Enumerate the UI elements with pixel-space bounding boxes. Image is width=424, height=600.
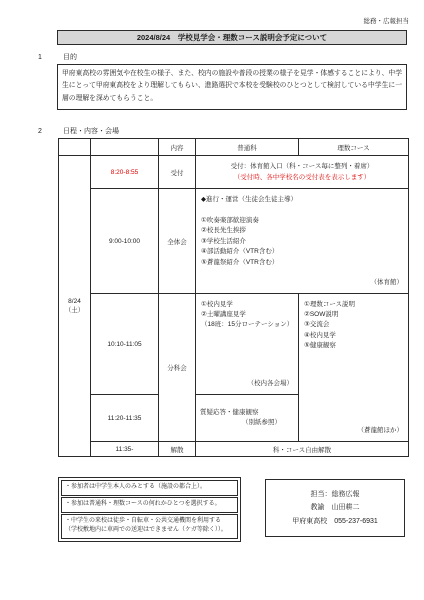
- plenary-item: ④部活動紹介（VTR含む）: [201, 247, 278, 257]
- date-cell: 8/24 （土）: [59, 156, 91, 457]
- section-purpose-heading: 1目的: [38, 52, 77, 62]
- note-line: ・中学生の来校は徒歩・自転車・公共交通機関を利用する: [65, 517, 234, 527]
- reception-time: 8:20-8:55: [91, 156, 159, 189]
- breakout-general-item: ②土曜講座見学: [201, 310, 246, 320]
- note-item: ・中学生の来校は徒歩・自転車・公共交通機関を利用する （学校敷地内に車両での送迎…: [61, 514, 238, 540]
- dismissal-row: 11:35- 解散 科・コース自由解散: [59, 442, 409, 457]
- breakout-general-cell: ①校内見学 ②土曜講座見学 （18班：15分ローテーション） （校内各会場）: [196, 294, 299, 395]
- plenary-row: 9:00-10:00 全体会 ◆進行・運営（生徒会生徒主導） ①吹奏楽部歓迎演奏…: [59, 189, 409, 294]
- document-page: 総務・広報担当 2024/8/24 学校見学会・理数コース説明会予定について 1…: [0, 0, 424, 600]
- section-number: 2: [38, 128, 63, 135]
- schedule-table: 内容 普通科 理数コース 8/24 （土） 8:20-8:55 受付 受付：体育…: [58, 138, 409, 457]
- department-label: 総務・広報担当: [364, 16, 410, 25]
- section-title: 日程・内容・会場: [63, 128, 119, 135]
- section-number: 1: [38, 54, 63, 61]
- breakout-label: 分科会: [159, 294, 196, 442]
- breakout-general-venue: （校内各会場）: [248, 379, 294, 389]
- reception-label: 受付: [159, 156, 196, 189]
- dismissal-time: 11:35-: [91, 442, 159, 457]
- breakout-science-item: ④校内見学: [304, 331, 336, 341]
- dismissal-label: 解散: [159, 442, 196, 457]
- qa-cell: 質疑応答・健康観察 （別紙参照）: [196, 395, 299, 442]
- header-general-course-cell: 普通科: [196, 139, 299, 156]
- breakout2-time: 11:20-11:35: [91, 395, 159, 442]
- breakout-science-item: ①理数コース説明: [304, 300, 355, 310]
- section-schedule-heading: 2日程・内容・会場: [38, 126, 119, 136]
- qa-line1: 質疑応答・健康観察: [200, 408, 294, 419]
- note-line: （学校敷地内に車両での送迎はできません（ケガ等除く））。: [65, 526, 234, 536]
- breakout-science-venue: （蒼龍館ほか）: [358, 426, 404, 436]
- breakout-science-item: ⑤健康観察: [304, 341, 336, 351]
- reception-row: 8/24 （土） 8:20-8:55 受付 受付：体育館入口（科・コース毎に整列…: [59, 156, 409, 189]
- date-day: 8/24: [59, 298, 90, 305]
- breakout-row-1: 10:10-11:05 分科会 ①校内見学 ②土曜講座見学 （18班：15分ロー…: [59, 294, 409, 395]
- dismissal-detail: 科・コース自由解散: [196, 442, 409, 457]
- note-item: ・参加は普通科・理数コースの何れかひとつを選択する。: [61, 497, 238, 513]
- plenary-item: ③学校生活紹介: [201, 237, 246, 247]
- contact-department: 担当：総務広報: [266, 488, 404, 502]
- plenary-lead: ◆進行・運営（生徒会生徒主導）: [201, 195, 297, 205]
- document-title: 2024/8/24 学校見学会・理数コース説明会予定について: [57, 30, 407, 45]
- breakout1-time: 10:10-11:05: [91, 294, 159, 395]
- breakout-general-item: （18班：15分ローテーション）: [201, 320, 293, 330]
- plenary-item: ②校長先生挨拶: [201, 226, 246, 236]
- plenary-label: 全体会: [159, 189, 196, 294]
- plenary-time: 9:00-10:00: [91, 189, 159, 294]
- note-item: ・参加者は中学生本人のみとする（施設の都合上）。: [61, 480, 238, 496]
- breakout-science-item: ③交流会: [304, 320, 329, 330]
- date-weekday: （土）: [59, 305, 90, 314]
- header-science-course-cell: 理数コース: [299, 139, 409, 156]
- plenary-item: ①吹奏楽部歓迎演奏: [201, 216, 259, 226]
- plenary-detail-cell: ◆進行・運営（生徒会生徒主導） ①吹奏楽部歓迎演奏 ②校長先生挨拶 ③学校生活紹…: [196, 189, 409, 294]
- section-title: 目的: [63, 54, 77, 61]
- contact-person: 教諭 山田耕二: [266, 501, 404, 515]
- header-content-cell: 内容: [159, 139, 196, 156]
- breakout-science-item: ②SOW説明: [304, 310, 338, 320]
- notes-box: ・参加者は中学生本人のみとする（施設の都合上）。 ・参加は普通科・理数コースの何…: [58, 477, 241, 542]
- header-date-cell: [59, 139, 91, 156]
- plenary-venue: （体育館）: [371, 278, 404, 288]
- table-header-row: 内容 普通科 理数コース: [59, 139, 409, 156]
- contact-phone: 甲府東高校 055-237-6931: [266, 515, 404, 529]
- breakout-general-item: ①校内見学: [201, 300, 233, 310]
- header-time-cell: [91, 139, 159, 156]
- contact-box: 担当：総務広報 教諭 山田耕二 甲府東高校 055-237-6931: [265, 479, 405, 537]
- breakout-science-cell: ①理数コース説明 ②SOW説明 ③交流会 ④校内見学 ⑤健康観察 （蒼龍館ほか）: [299, 294, 409, 442]
- purpose-text-box: 甲府東高校の雰囲気や在校生の様子、また、校内の施設や普段の授業の様子を見学・体感…: [57, 64, 407, 110]
- plenary-item: ⑤蒼龍祭紹介（VTR含む）: [201, 258, 278, 268]
- qa-line2: （別紙参照）: [200, 418, 294, 429]
- reception-line1: 受付：体育館入口（科・コース毎に整列・着席）: [196, 161, 408, 172]
- reception-line2: （受付時、各中学校名の受付表を表示します）: [196, 172, 408, 183]
- reception-detail-cell: 受付：体育館入口（科・コース毎に整列・着席） （受付時、各中学校名の受付表を表示…: [196, 156, 409, 189]
